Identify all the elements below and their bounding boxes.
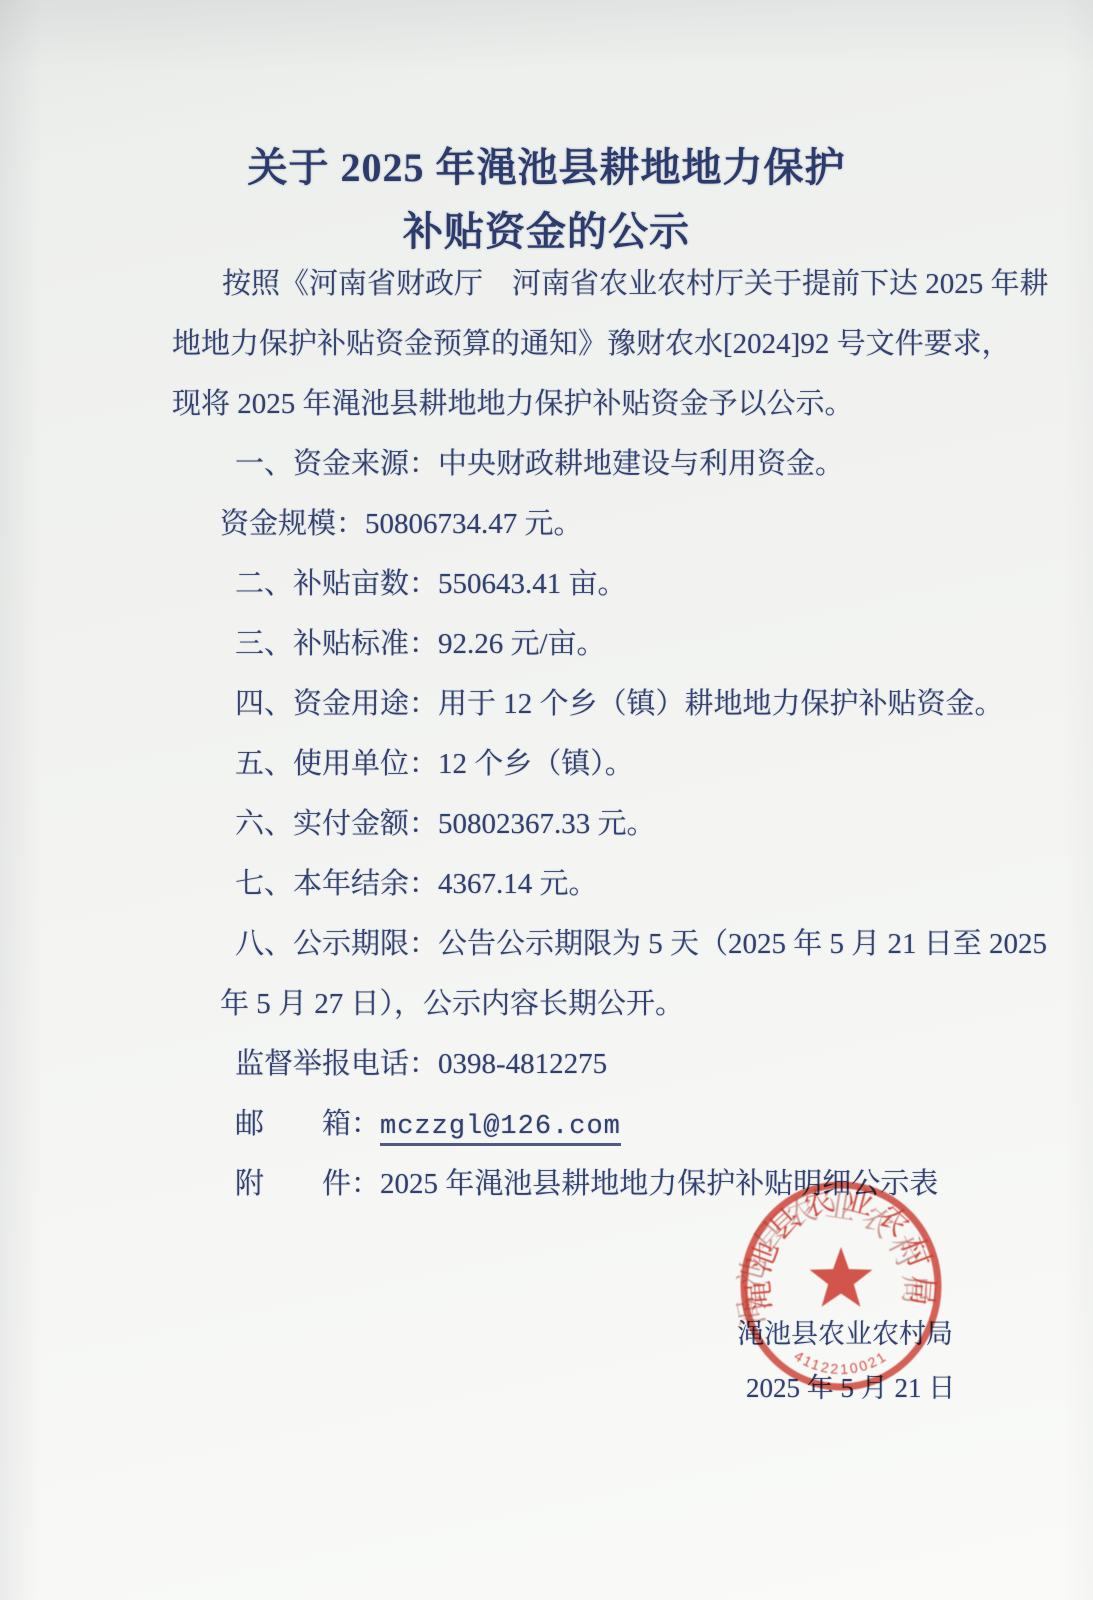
item-year-balance: 七、本年结余：4367.14 元。 (172, 854, 1069, 914)
report-phone-line: 监督举报电话：0398-4812275 (172, 1034, 1069, 1094)
item-subsidy-area: 二、补贴亩数：550643.41 亩。 (172, 554, 1069, 614)
item-using-units: 五、使用单位：12 个乡（镇）。 (172, 734, 1069, 794)
document-title: 关于 2025 年渑池县耕地地力保护 补贴资金的公示 (0, 136, 1093, 264)
item-paid-amount: 六、实付金额：50802367.33 元。 (172, 794, 1069, 854)
item-publicity-period: 八、公示期限：公告公示期限为 5 天（2025 年 5 月 21 日至 2025 (172, 914, 1069, 974)
publicity-period-cont: 年 5 月 27 日），公示内容长期公开。 (172, 974, 1069, 1034)
official-seal: 渑池县农业农村局 渑池县农业农村局 4112210021 (736, 1178, 946, 1394)
intro-line-2: 地地力保护补贴资金预算的通知》豫财农水[2024]92 号文件要求， (172, 314, 1069, 374)
attachment-label: 附 件： (235, 1168, 380, 1200)
title-line-1: 关于 2025 年渑池县耕地地力保护 (0, 136, 1093, 200)
document-body: 按照《河南省财政厅 河南省农业农村厅关于提前下达 2025 年耕 地地力保护补贴… (172, 254, 1069, 1214)
svg-text:4112210021: 4112210021 (792, 1348, 891, 1378)
seal-code-number: 4112210021 (792, 1348, 891, 1378)
item-subsidy-standard: 三、补贴标准：92.26 元/亩。 (172, 614, 1069, 674)
seal-star-icon (810, 1247, 873, 1307)
item-fund-usage: 四、资金用途：用于 12 个乡（镇）耕地地力保护补贴资金。 (172, 674, 1069, 734)
fund-scale: 资金规模：50806734.47 元。 (172, 494, 1069, 554)
intro-line-3: 现将 2025 年渑池县耕地地力保护补贴资金予以公示。 (172, 374, 1069, 434)
intro-line-1: 按照《河南省财政厅 河南省农业农村厅关于提前下达 2025 年耕 (172, 254, 1069, 314)
email-line: 邮 箱：mczzgl@126.com (172, 1094, 1069, 1154)
email-label: 邮 箱： (235, 1108, 380, 1140)
email-address: mczzgl@126.com (380, 1112, 621, 1146)
scanned-document-page: 关于 2025 年渑池县耕地地力保护 补贴资金的公示 按照《河南省财政厅 河南省… (0, 0, 1093, 1600)
item-fund-source: 一、资金来源：中央财政耕地建设与利用资金。 (172, 434, 1069, 494)
